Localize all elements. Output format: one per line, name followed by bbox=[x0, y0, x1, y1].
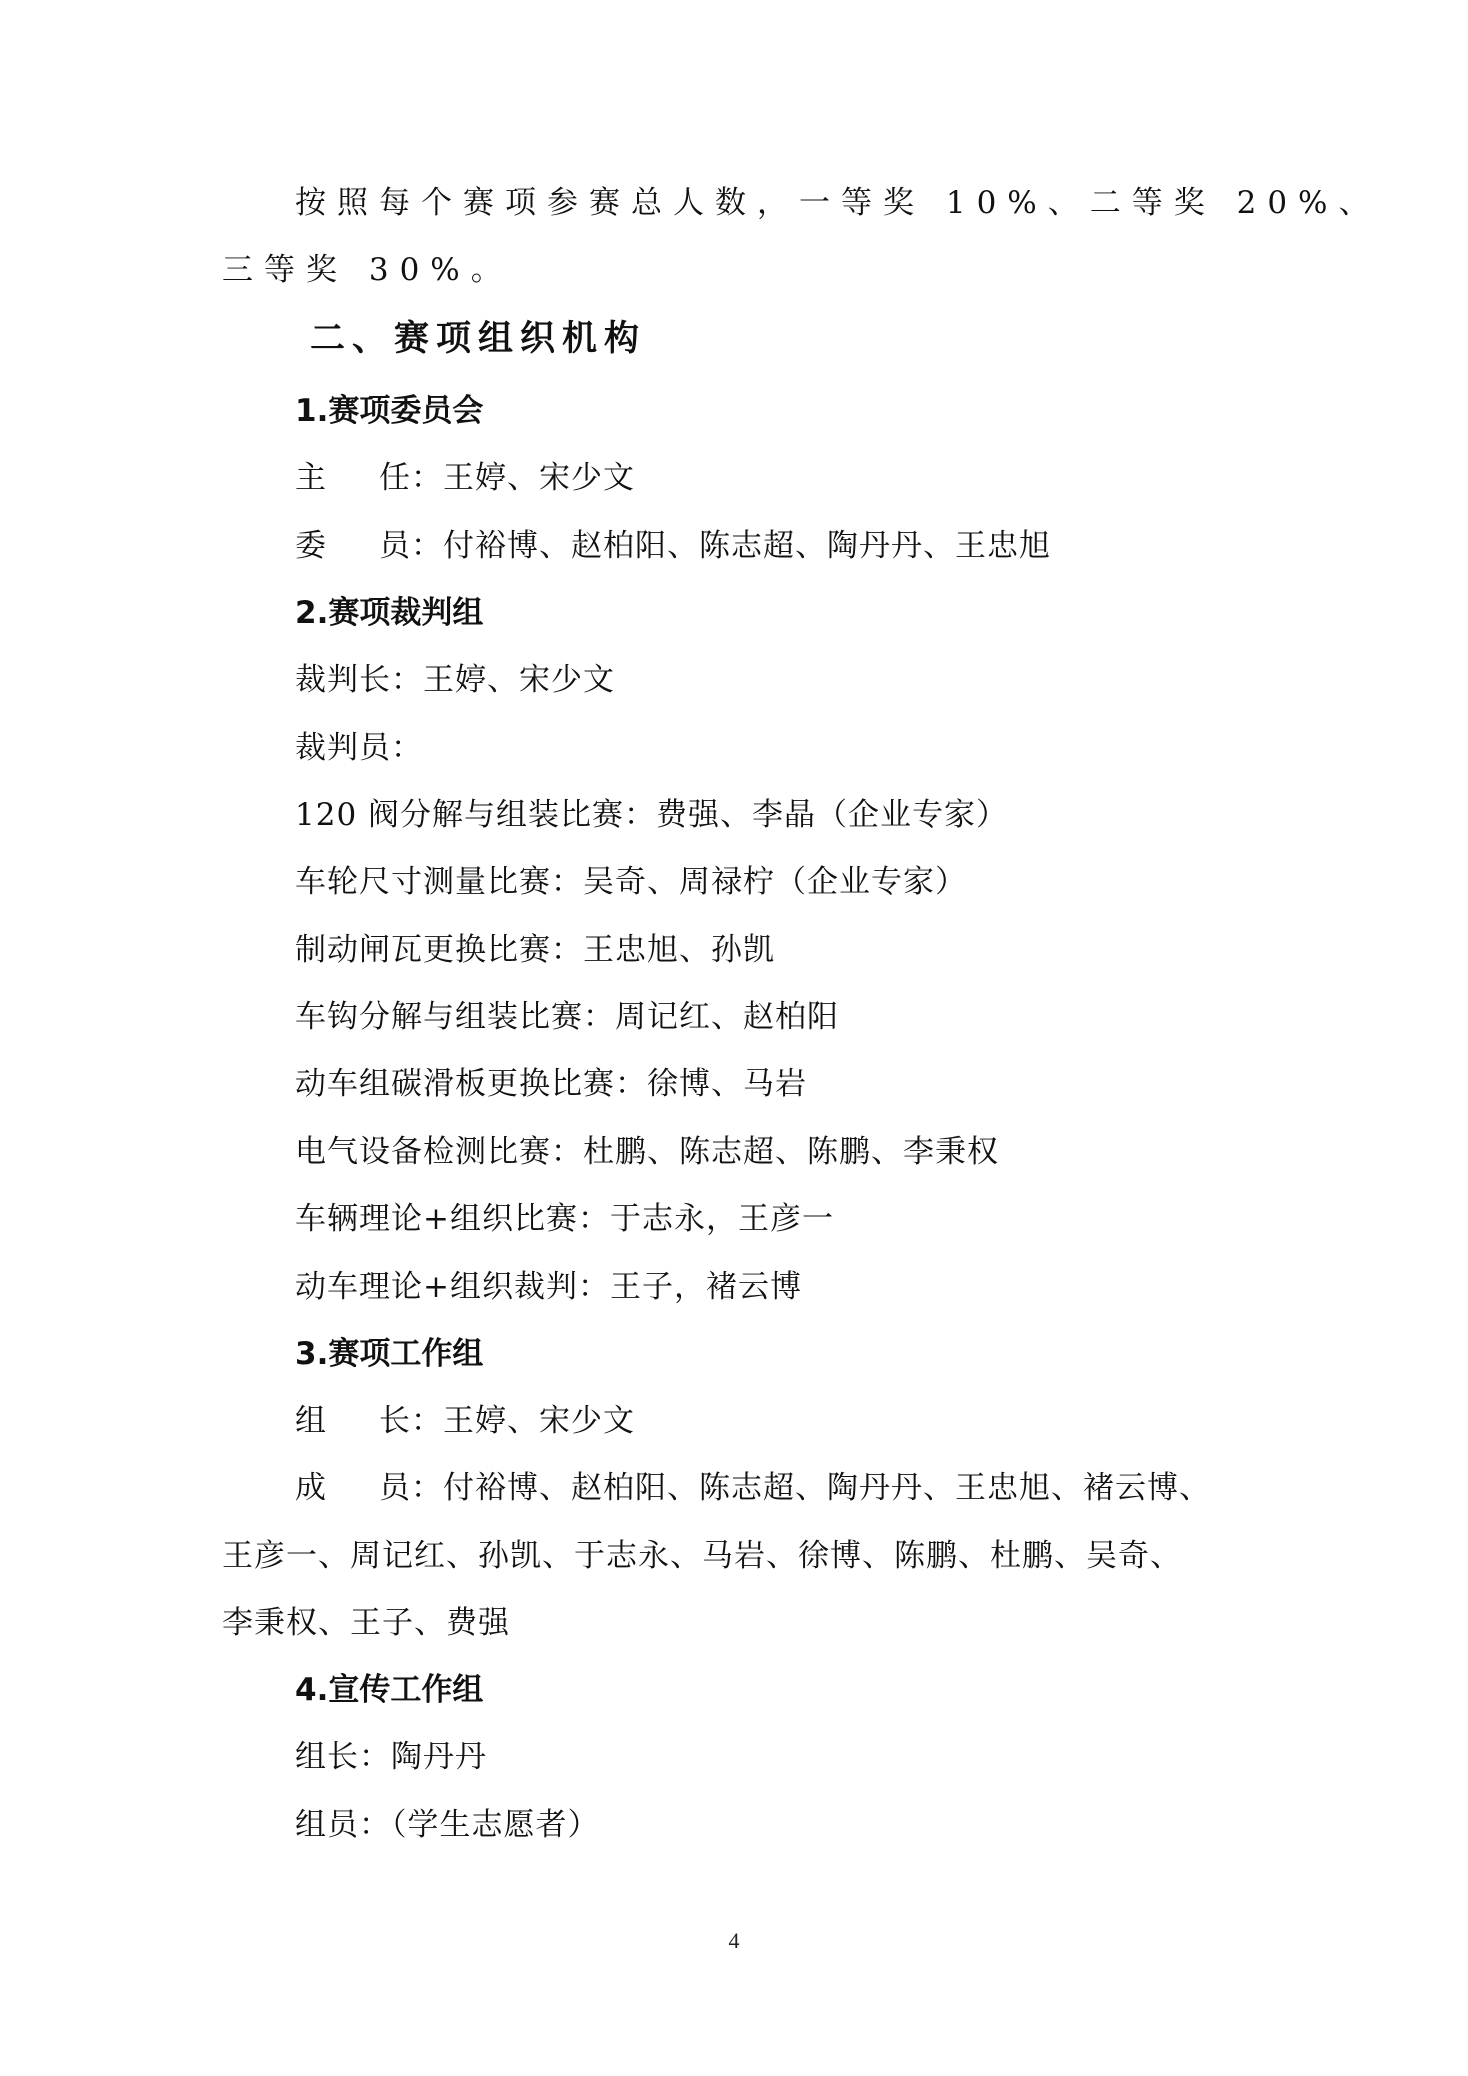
judge-event-1: 120 阀分解与组装比赛：费强、李晶（企业专家） bbox=[295, 795, 1246, 835]
publicity-members: 组员：（学生志愿者） bbox=[295, 1805, 1246, 1845]
leader-label-part2: 长： bbox=[379, 1403, 443, 1439]
judge-event-8: 动车理论+组织裁判：王子，褚云博 bbox=[295, 1267, 1246, 1307]
judge-event-7: 车辆理论+组织比赛：于志永，王彦一 bbox=[295, 1199, 1246, 1239]
judges-members-label: 裁判员： bbox=[295, 728, 1246, 768]
publicity-heading: 4.宣传工作组 bbox=[295, 1670, 1246, 1710]
section-heading: 二、赛项组织机构 bbox=[310, 319, 1246, 359]
work-group-members-line-3: 李秉权、王子、费强 bbox=[222, 1603, 1246, 1643]
judges-chief: 裁判长：王婷、宋少文 bbox=[295, 660, 1246, 700]
member-label-part2: 员： bbox=[379, 528, 443, 564]
judge-event-5: 动车组碳滑板更换比赛：徐博、马岩 bbox=[295, 1064, 1246, 1104]
wg-member-label-part2: 员： bbox=[379, 1470, 443, 1506]
judge-event-4: 车钩分解与组装比赛：周记红、赵柏阳 bbox=[295, 997, 1246, 1037]
work-group-leader: 组长：王婷、宋少文 bbox=[295, 1401, 1246, 1441]
wg-member-names-1: 付裕博、赵柏阳、陈志超、陶丹丹、王忠旭、褚云博、 bbox=[443, 1470, 1211, 1506]
committee-members: 委员：付裕博、赵柏阳、陈志超、陶丹丹、王忠旭 bbox=[295, 526, 1246, 566]
member-names: 付裕博、赵柏阳、陈志超、陶丹丹、王忠旭 bbox=[443, 528, 1051, 564]
intro-paragraph-line-2: 三等奖 30%。 bbox=[222, 250, 1246, 290]
intro-paragraph-line-1: 按照每个赛项参赛总人数，一等奖 10%、二等奖 20%、 bbox=[295, 183, 1246, 223]
leader-names: 王婷、宋少文 bbox=[443, 1403, 635, 1439]
work-group-members-line-1: 成员：付裕博、赵柏阳、陈志超、陶丹丹、王忠旭、褚云博、 bbox=[295, 1468, 1246, 1508]
judge-event-2: 车轮尺寸测量比赛：吴奇、周禄柠（企业专家） bbox=[295, 862, 1246, 902]
judges-heading: 2.赛项裁判组 bbox=[295, 593, 1246, 633]
work-group-members-line-2: 王彦一、周记红、孙凯、于志永、马岩、徐博、陈鹏、杜鹏、吴奇、 bbox=[222, 1536, 1246, 1576]
director-names: 王婷、宋少文 bbox=[443, 460, 635, 496]
wg-member-label-part1: 成 bbox=[295, 1468, 379, 1508]
leader-label-part1: 组 bbox=[295, 1401, 379, 1441]
judge-event-3: 制动闸瓦更换比赛：王忠旭、孙凯 bbox=[295, 930, 1246, 970]
publicity-leader: 组长：陶丹丹 bbox=[295, 1737, 1246, 1777]
member-label-part1: 委 bbox=[295, 526, 379, 566]
document-page: 按照每个赛项参赛总人数，一等奖 10%、二等奖 20%、 三等奖 30%。 二、… bbox=[0, 0, 1468, 2076]
director-label-part2: 任： bbox=[379, 460, 443, 496]
committee-director: 主任：王婷、宋少文 bbox=[295, 458, 1246, 498]
director-label-part1: 主 bbox=[295, 458, 379, 498]
judge-event-6: 电气设备检测比赛：杜鹏、陈志超、陈鹏、李秉权 bbox=[295, 1132, 1246, 1172]
committee-heading: 1.赛项委员会 bbox=[295, 391, 1246, 431]
work-group-heading: 3.赛项工作组 bbox=[295, 1334, 1246, 1374]
page-number: 4 bbox=[0, 1928, 1468, 1954]
